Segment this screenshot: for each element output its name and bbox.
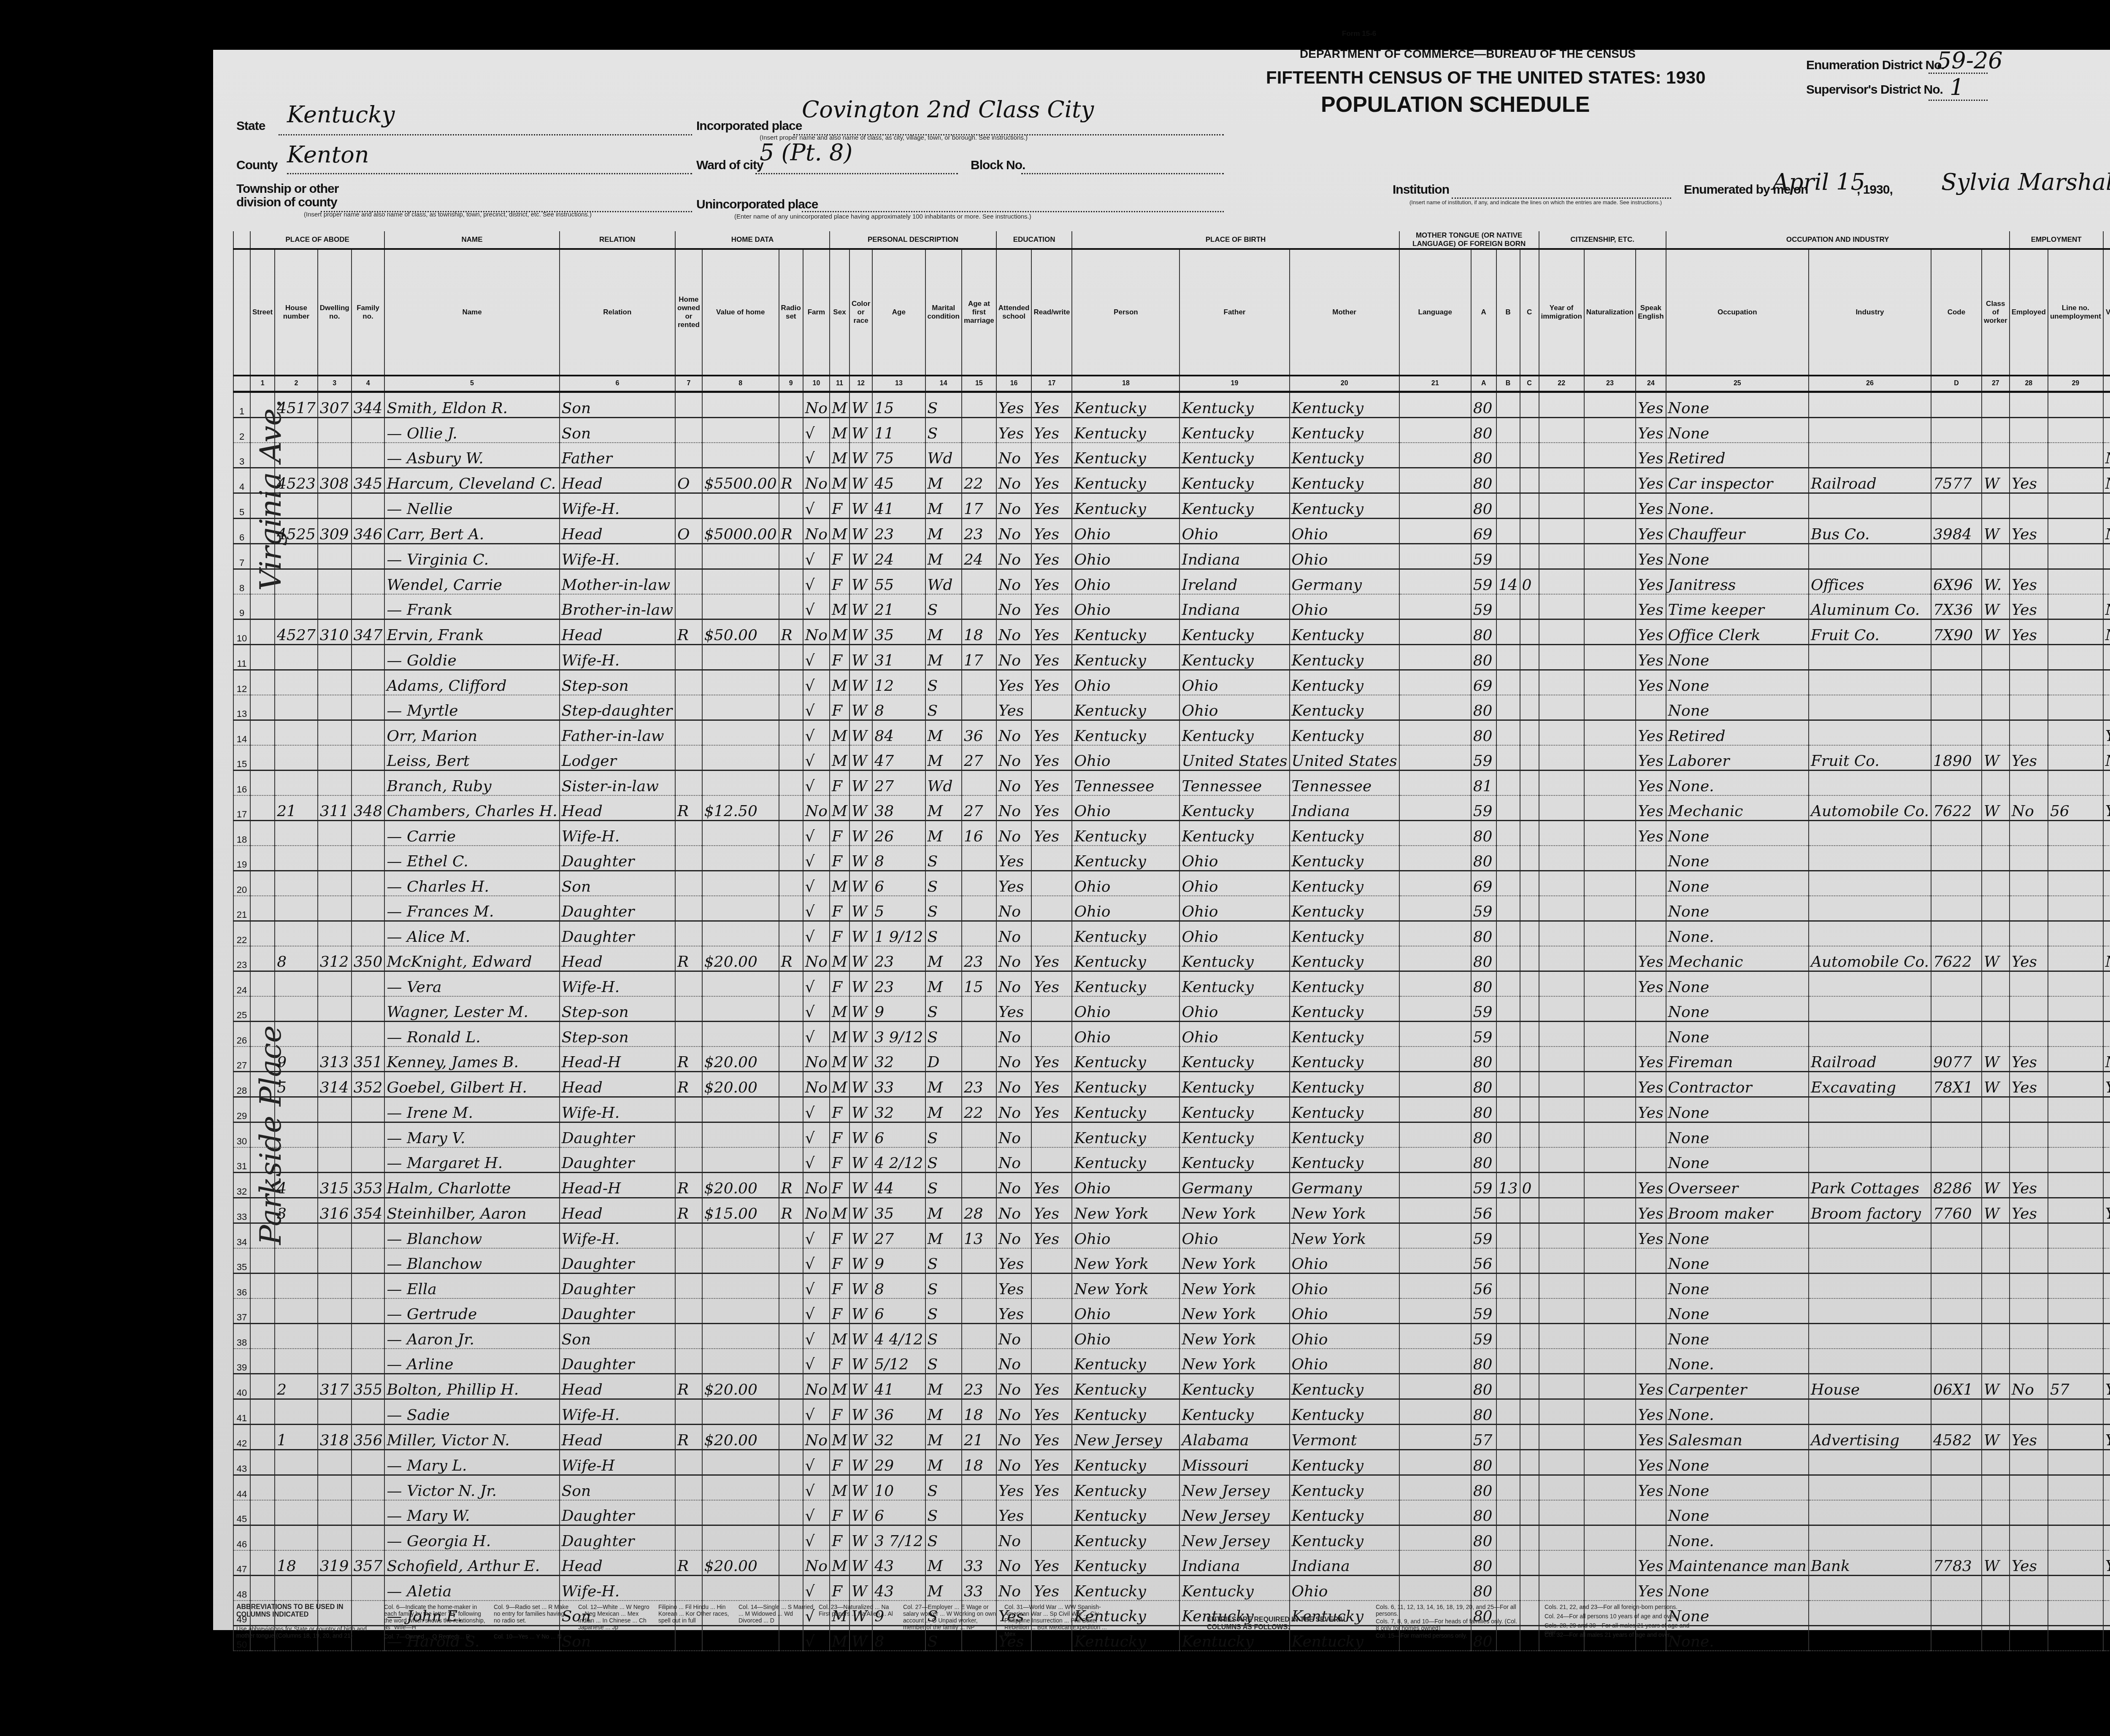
cell-relation: Son — [560, 1324, 675, 1349]
table-row: 26— Ronald L.Step-son√MW3 9/12SNoOhioOhi… — [233, 1022, 2110, 1047]
cell-school: Yes — [996, 418, 1032, 443]
cell-at-work: Yes — [2010, 946, 2048, 971]
cell-code-a: 59 — [1471, 569, 1496, 595]
cell-home-tenure — [675, 1022, 702, 1047]
cell-code-d — [1931, 1022, 1982, 1047]
cell-veteran — [2103, 695, 2110, 720]
cell-read-write: Yes — [1031, 1173, 1072, 1198]
cell-house-number — [275, 1122, 318, 1148]
cell-father-birthplace: Indiana — [1179, 1550, 1289, 1576]
cell-immigration-year — [1539, 1072, 1584, 1097]
cell-dwelling-number — [318, 1450, 352, 1475]
cell-at-work: Yes — [2010, 1173, 2048, 1198]
cell-sex: F — [830, 1274, 849, 1299]
cell-age-at-marriage: 16 — [962, 821, 996, 846]
cell-mother-birthplace: Ohio — [1290, 1274, 1399, 1299]
column-number: 20 — [1290, 376, 1399, 392]
footer-col6: Col. 6—Indicate the home-maker in each f… — [384, 1604, 485, 1631]
cell-code-c — [1520, 1072, 1539, 1097]
cell-house-number: 9 — [275, 1046, 318, 1072]
cell-occupation: None — [1666, 1298, 1809, 1324]
cell-code-c — [1520, 771, 1539, 796]
cell-sex: M — [830, 1022, 849, 1047]
cell-code-a: 80 — [1471, 1550, 1496, 1576]
cell-speaks-english: Yes — [1636, 1450, 1666, 1475]
group-place-of-abode: PLACE OF ABODE — [250, 231, 384, 249]
cell-dwelling-number — [318, 1223, 352, 1249]
cell-relation: Head-H — [560, 1173, 675, 1198]
cell-person-name: — Mary W. — [384, 1500, 559, 1525]
cell-occupation: None. — [1666, 1399, 1809, 1425]
cell-school: No — [996, 1198, 1032, 1223]
col-birth-mother: Mother — [1290, 249, 1399, 376]
table-row: 18— CarrieWife-H.√FW26M16NoYesKentuckyKe… — [233, 821, 2110, 846]
cell-read-write: Yes — [1031, 946, 1072, 971]
cell-at-work — [2010, 1223, 2048, 1249]
col-industry: Industry — [1809, 249, 1931, 376]
col-age: Age — [872, 249, 925, 376]
cell-person-name: — Georgia H. — [384, 1525, 559, 1551]
cell-relation: Step-son — [560, 670, 675, 695]
cell-read-write — [1031, 1147, 1072, 1173]
cell-age-at-marriage — [962, 1147, 996, 1173]
cell-read-write: Yes — [1031, 1450, 1072, 1475]
cell-person-name: Ervin, Frank — [384, 619, 559, 645]
cell-mother-birthplace: Kentucky — [1290, 821, 1399, 846]
cell-code-c — [1520, 468, 1539, 493]
cell-person-name: — Ella — [384, 1274, 559, 1299]
cell-code-c — [1520, 1046, 1539, 1072]
cell-occupation: Laborer — [1666, 745, 1809, 771]
cell-family-number — [352, 1122, 385, 1148]
cell-mother-birthplace: Kentucky — [1290, 645, 1399, 670]
cell-street — [250, 896, 275, 921]
cell-farm: No — [803, 946, 830, 971]
cell-veteran — [2103, 1475, 2110, 1501]
cell-birthplace: Kentucky — [1072, 946, 1179, 971]
cell-code-a: 80 — [1471, 1525, 1496, 1551]
cell-naturalization — [1584, 544, 1636, 569]
col-family: Family no. — [352, 249, 385, 376]
col-race: Color or race — [849, 249, 872, 376]
cell-school: No — [996, 1425, 1032, 1450]
col-house: House number — [275, 249, 318, 376]
cell-school: No — [996, 1072, 1032, 1097]
cell-class-of-worker — [1982, 1450, 2010, 1475]
cell-birthplace: Ohio — [1072, 996, 1179, 1022]
col-relation: Relation — [560, 249, 675, 376]
cell-code-a: 80 — [1471, 695, 1496, 720]
cell-sex: F — [830, 1298, 849, 1324]
cell-sex: F — [830, 645, 849, 670]
cell-home-tenure — [675, 1147, 702, 1173]
cell-birthplace: Kentucky — [1072, 1475, 1179, 1501]
cell-family-number — [352, 695, 385, 720]
line-number: 8 — [233, 569, 250, 595]
cell-industry — [1809, 846, 1931, 871]
cell-occupation: None — [1666, 1274, 1809, 1299]
cell-age-at-marriage: 22 — [962, 1097, 996, 1122]
cell-sex: M — [830, 443, 849, 468]
cell-marital-status: Wd — [925, 569, 962, 595]
cell-dwelling-number — [318, 1500, 352, 1525]
cell-immigration-year — [1539, 896, 1584, 921]
cell-veteran — [2103, 996, 2110, 1022]
cell-class-of-worker — [1982, 846, 2010, 871]
cell-family-number — [352, 1097, 385, 1122]
cell-at-work: Yes — [2010, 1072, 2048, 1097]
cell-home-tenure: R — [675, 1425, 702, 1450]
cell-code-d — [1931, 418, 1982, 443]
cell-marital-status: Wd — [925, 443, 962, 468]
cell-immigration-year — [1539, 946, 1584, 971]
cell-home-tenure: O — [675, 519, 702, 544]
cell-age-at-marriage — [962, 871, 996, 896]
cell-dwelling-number: 316 — [318, 1198, 352, 1223]
cell-race: W — [849, 695, 872, 720]
cell-school: No — [996, 1576, 1032, 1601]
cell-industry — [1809, 821, 1931, 846]
cell-relation: Son — [560, 392, 675, 418]
cell-home-value — [702, 821, 779, 846]
cell-race: W — [849, 1550, 872, 1576]
cell-person-name: Smith, Eldon R. — [384, 392, 559, 418]
department-title: DEPARTMENT OF COMMERCE—BUREAU OF THE CEN… — [1300, 47, 1636, 61]
cell-language — [1399, 392, 1471, 418]
cell-read-write — [1031, 996, 1072, 1022]
cell-school: Yes — [996, 1298, 1032, 1324]
cell-person-name: Steinhilber, Aaron — [384, 1198, 559, 1223]
cell-read-write: Yes — [1031, 619, 1072, 645]
cell-unemployment-line — [2048, 1147, 2103, 1173]
ed-label: Enumeration District No. — [1806, 58, 1945, 73]
cell-relation: Brother-in-law — [560, 594, 675, 619]
cell-relation: Lodger — [560, 745, 675, 771]
table-row: 421318356Miller, Victor N.HeadR$20.00NoM… — [233, 1425, 2110, 1450]
cell-age: 32 — [872, 1097, 925, 1122]
table-row: 16Branch, RubySister-in-law√FW27WdNoYesT… — [233, 771, 2110, 796]
cell-street — [250, 1046, 275, 1072]
cell-naturalization — [1584, 771, 1636, 796]
footer-col31: Col. 31—World War ... WW Spanish-America… — [1004, 1604, 1114, 1637]
cell-house-number — [275, 1576, 318, 1601]
cell-sex: F — [830, 1399, 849, 1425]
cell-speaks-english — [1636, 1248, 1666, 1274]
cell-farm: No — [803, 468, 830, 493]
cell-veteran — [2103, 1147, 2110, 1173]
cell-mother-birthplace: Kentucky — [1290, 1122, 1399, 1148]
cell-marital-status: M — [925, 720, 962, 746]
cell-house-number — [275, 594, 318, 619]
cell-street — [250, 1500, 275, 1525]
cell-age: 41 — [872, 493, 925, 519]
line-number: 22 — [233, 921, 250, 946]
cell-farm: √ — [803, 544, 830, 569]
cell-read-write — [1031, 921, 1072, 946]
cell-language — [1399, 720, 1471, 746]
cell-veteran — [2103, 544, 2110, 569]
cell-farm: √ — [803, 846, 830, 871]
cell-code-a: 80 — [1471, 1097, 1496, 1122]
cell-school: Yes — [996, 670, 1032, 695]
cell-age-at-marriage — [962, 1324, 996, 1349]
cell-race: W — [849, 821, 872, 846]
cell-birthplace: Kentucky — [1072, 493, 1179, 519]
cell-at-work — [2010, 996, 2048, 1022]
cell-person-name: Bolton, Phillip H. — [384, 1374, 559, 1399]
cell-marital-status: D — [925, 1046, 962, 1072]
cell-father-birthplace: Kentucky — [1179, 720, 1289, 746]
cell-family-number — [352, 1450, 385, 1475]
cell-marital-status: S — [925, 1122, 962, 1148]
cell-race: W — [849, 468, 872, 493]
cell-dwelling-number — [318, 544, 352, 569]
cell-family-number — [352, 1349, 385, 1374]
cell-code-c — [1520, 1122, 1539, 1148]
cell-occupation: Chauffeur — [1666, 519, 1809, 544]
cell-occupation: None — [1666, 996, 1809, 1022]
cell-age: 24 — [872, 544, 925, 569]
cell-father-birthplace: Ohio — [1179, 921, 1289, 946]
cell-street — [250, 443, 275, 468]
cell-sex: F — [830, 493, 849, 519]
cell-code-b — [1496, 771, 1520, 796]
cell-age-at-marriage — [962, 1475, 996, 1501]
cell-street — [250, 1450, 275, 1475]
table-row: 5— NellieWife-H.√FW41M17NoYesKentuckyKen… — [233, 493, 2110, 519]
cell-street — [250, 1576, 275, 1601]
cell-occupation: Salesman — [1666, 1425, 1809, 1450]
column-number: 26 — [1809, 376, 1931, 392]
cell-farm: No — [803, 795, 830, 821]
cell-school: No — [996, 1097, 1032, 1122]
cell-home-value — [702, 670, 779, 695]
cell-radio-set: R — [779, 946, 803, 971]
cell-farm: √ — [803, 1122, 830, 1148]
cell-code-d — [1931, 921, 1982, 946]
table-row: 104527310347Ervin, FrankHeadR$50.00RNoMW… — [233, 619, 2110, 645]
cell-code-b — [1496, 594, 1520, 619]
cell-at-work: Yes — [2010, 468, 2048, 493]
column-number: 23 — [1584, 376, 1636, 392]
ward-line — [755, 173, 958, 174]
cell-speaks-english: Yes — [1636, 771, 1666, 796]
cell-speaks-english — [1636, 871, 1666, 896]
cell-radio-set: R — [779, 468, 803, 493]
cell-farm: √ — [803, 594, 830, 619]
cell-veteran: Yes — [2103, 1550, 2110, 1576]
column-number: 11 — [830, 376, 849, 392]
cell-code-c — [1520, 594, 1539, 619]
cell-street — [250, 619, 275, 645]
cell-mother-birthplace: Kentucky — [1290, 1097, 1399, 1122]
cell-class-of-worker — [1982, 1349, 2010, 1374]
cell-radio-set — [779, 1223, 803, 1249]
cell-naturalization — [1584, 1399, 1636, 1425]
cell-radio-set — [779, 1500, 803, 1525]
cell-family-number: 351 — [352, 1046, 385, 1072]
cell-mother-birthplace: Kentucky — [1290, 1475, 1399, 1501]
cell-sex: M — [830, 946, 849, 971]
cell-race: W — [849, 1147, 872, 1173]
column-number: 10 — [803, 376, 830, 392]
cell-house-number — [275, 1223, 318, 1249]
cell-immigration-year — [1539, 594, 1584, 619]
cell-veteran — [2103, 846, 2110, 871]
cell-unemployment-line — [2048, 896, 2103, 921]
col-marital: Marital condition — [925, 249, 962, 376]
cell-code-c — [1520, 670, 1539, 695]
cell-speaks-english — [1636, 1500, 1666, 1525]
cell-home-tenure — [675, 695, 702, 720]
cell-code-c — [1520, 1349, 1539, 1374]
cell-code-d — [1931, 1122, 1982, 1148]
cell-read-write: Yes — [1031, 971, 1072, 997]
cell-home-value — [702, 594, 779, 619]
cell-relation: Step-son — [560, 996, 675, 1022]
cell-at-work: Yes — [2010, 1425, 2048, 1450]
cell-at-work — [2010, 544, 2048, 569]
cell-family-number — [352, 1399, 385, 1425]
ed-value: 59-26 — [1937, 47, 2003, 74]
cell-relation: Step-daughter — [560, 695, 675, 720]
cell-school: No — [996, 971, 1032, 997]
table-row: 402317355Bolton, Phillip H.HeadR$20.00No… — [233, 1374, 2110, 1399]
cell-unemployment-line — [2048, 544, 2103, 569]
cell-mother-birthplace: Indiana — [1290, 795, 1399, 821]
column-number: B — [1496, 376, 1520, 392]
cell-home-tenure — [675, 821, 702, 846]
column-number: 28 — [2010, 376, 2048, 392]
cell-mother-birthplace: Germany — [1290, 569, 1399, 595]
cell-code-b — [1496, 1500, 1520, 1525]
cell-occupation: None — [1666, 821, 1809, 846]
cell-age: 6 — [872, 1122, 925, 1148]
cell-code-a: 59 — [1471, 1173, 1496, 1198]
line-number: 15 — [233, 745, 250, 771]
cell-farm: √ — [803, 720, 830, 746]
cell-house-number — [275, 745, 318, 771]
cell-school: No — [996, 1147, 1032, 1173]
cell-age: 12 — [872, 670, 925, 695]
cell-home-value — [702, 846, 779, 871]
line-number: 3 — [233, 443, 250, 468]
cell-person-name: — Mary V. — [384, 1122, 559, 1148]
line-number: 41 — [233, 1399, 250, 1425]
cell-dwelling-number: 314 — [318, 1072, 352, 1097]
cell-family-number — [352, 1525, 385, 1551]
cell-read-write — [1031, 1525, 1072, 1551]
cell-class-of-worker — [1982, 493, 2010, 519]
cell-race: W — [849, 1223, 872, 1249]
cell-age: 35 — [872, 619, 925, 645]
cell-sex: F — [830, 1097, 849, 1122]
cell-radio-set — [779, 1248, 803, 1274]
cell-father-birthplace: Kentucky — [1179, 946, 1289, 971]
cell-code-a: 57 — [1471, 1425, 1496, 1450]
cell-house-number: 18 — [275, 1550, 318, 1576]
cell-street — [250, 1274, 275, 1299]
cell-dwelling-number: 307 — [318, 392, 352, 418]
cell-race: W — [849, 443, 872, 468]
cell-immigration-year — [1539, 1173, 1584, 1198]
cell-unemployment-line — [2048, 1475, 2103, 1501]
cell-farm: √ — [803, 1525, 830, 1551]
cell-unemployment-line — [2048, 670, 2103, 695]
cell-code-d: 9077 — [1931, 1046, 1982, 1072]
cell-occupation: None — [1666, 1147, 1809, 1173]
col-radio: Radio set — [779, 249, 803, 376]
cell-occupation: Maintenance man — [1666, 1550, 1809, 1576]
cell-age-at-marriage — [962, 996, 996, 1022]
cell-relation: Mother-in-law — [560, 569, 675, 595]
cell-relation: Head — [560, 468, 675, 493]
cell-home-value — [702, 392, 779, 418]
cell-occupation: None — [1666, 846, 1809, 871]
cell-marital-status: M — [925, 544, 962, 569]
cell-immigration-year — [1539, 645, 1584, 670]
cell-school: No — [996, 720, 1032, 746]
cell-age-at-marriage — [962, 921, 996, 946]
cell-at-work: No — [2010, 795, 2048, 821]
cell-relation: Wife-H. — [560, 821, 675, 846]
cell-age: 1 9/12 — [872, 921, 925, 946]
cell-code-a: 80 — [1471, 1072, 1496, 1097]
cell-language — [1399, 896, 1471, 921]
cell-code-a: 80 — [1471, 1500, 1496, 1525]
line-number: 36 — [233, 1274, 250, 1299]
county-label: County — [236, 158, 277, 173]
cell-person-name: Wendel, Carrie — [384, 569, 559, 595]
abbrev-title: ABBREVIATIONS TO BE USED IN COLUMNS INDI… — [236, 1604, 376, 1619]
cell-age: 33 — [872, 1072, 925, 1097]
cell-sex: M — [830, 1374, 849, 1399]
cell-occupation: None — [1666, 971, 1809, 997]
cell-birthplace: Ohio — [1072, 795, 1179, 821]
column-number: A — [1471, 376, 1496, 392]
cell-marital-status: M — [925, 519, 962, 544]
cell-race: W — [849, 1576, 872, 1601]
cell-naturalization — [1584, 946, 1636, 971]
cell-code-d — [1931, 1324, 1982, 1349]
form-number: Form 15-6 — [1342, 30, 1376, 38]
cell-veteran — [2103, 1122, 2110, 1148]
cell-read-write: Yes — [1031, 1399, 1072, 1425]
cell-veteran: No — [2103, 946, 2110, 971]
cell-speaks-english — [1636, 1274, 1666, 1299]
entries-2: Cols. 7, 8, 9, and 10—For heads of famil… — [1376, 1618, 1519, 1631]
cell-mother-birthplace: Kentucky — [1290, 670, 1399, 695]
cell-home-tenure — [675, 1274, 702, 1299]
cell-read-write: Yes — [1031, 594, 1072, 619]
cell-veteran — [2103, 1274, 2110, 1299]
cell-sex: F — [830, 1525, 849, 1551]
cell-family-number — [352, 1500, 385, 1525]
group-education: EDUCATION — [996, 231, 1072, 249]
cell-farm: √ — [803, 1274, 830, 1299]
cell-relation: Father-in-law — [560, 720, 675, 746]
cell-street — [250, 468, 275, 493]
cell-class-of-worker — [1982, 1223, 2010, 1249]
cell-code-d: 7X36 — [1931, 594, 1982, 619]
cell-code-b — [1496, 392, 1520, 418]
cell-read-write: Yes — [1031, 821, 1072, 846]
cell-house-number — [275, 1500, 318, 1525]
cell-read-write: Yes — [1031, 1550, 1072, 1576]
cell-street — [250, 971, 275, 997]
cell-code-c — [1520, 619, 1539, 645]
cell-person-name: Orr, Marion — [384, 720, 559, 746]
